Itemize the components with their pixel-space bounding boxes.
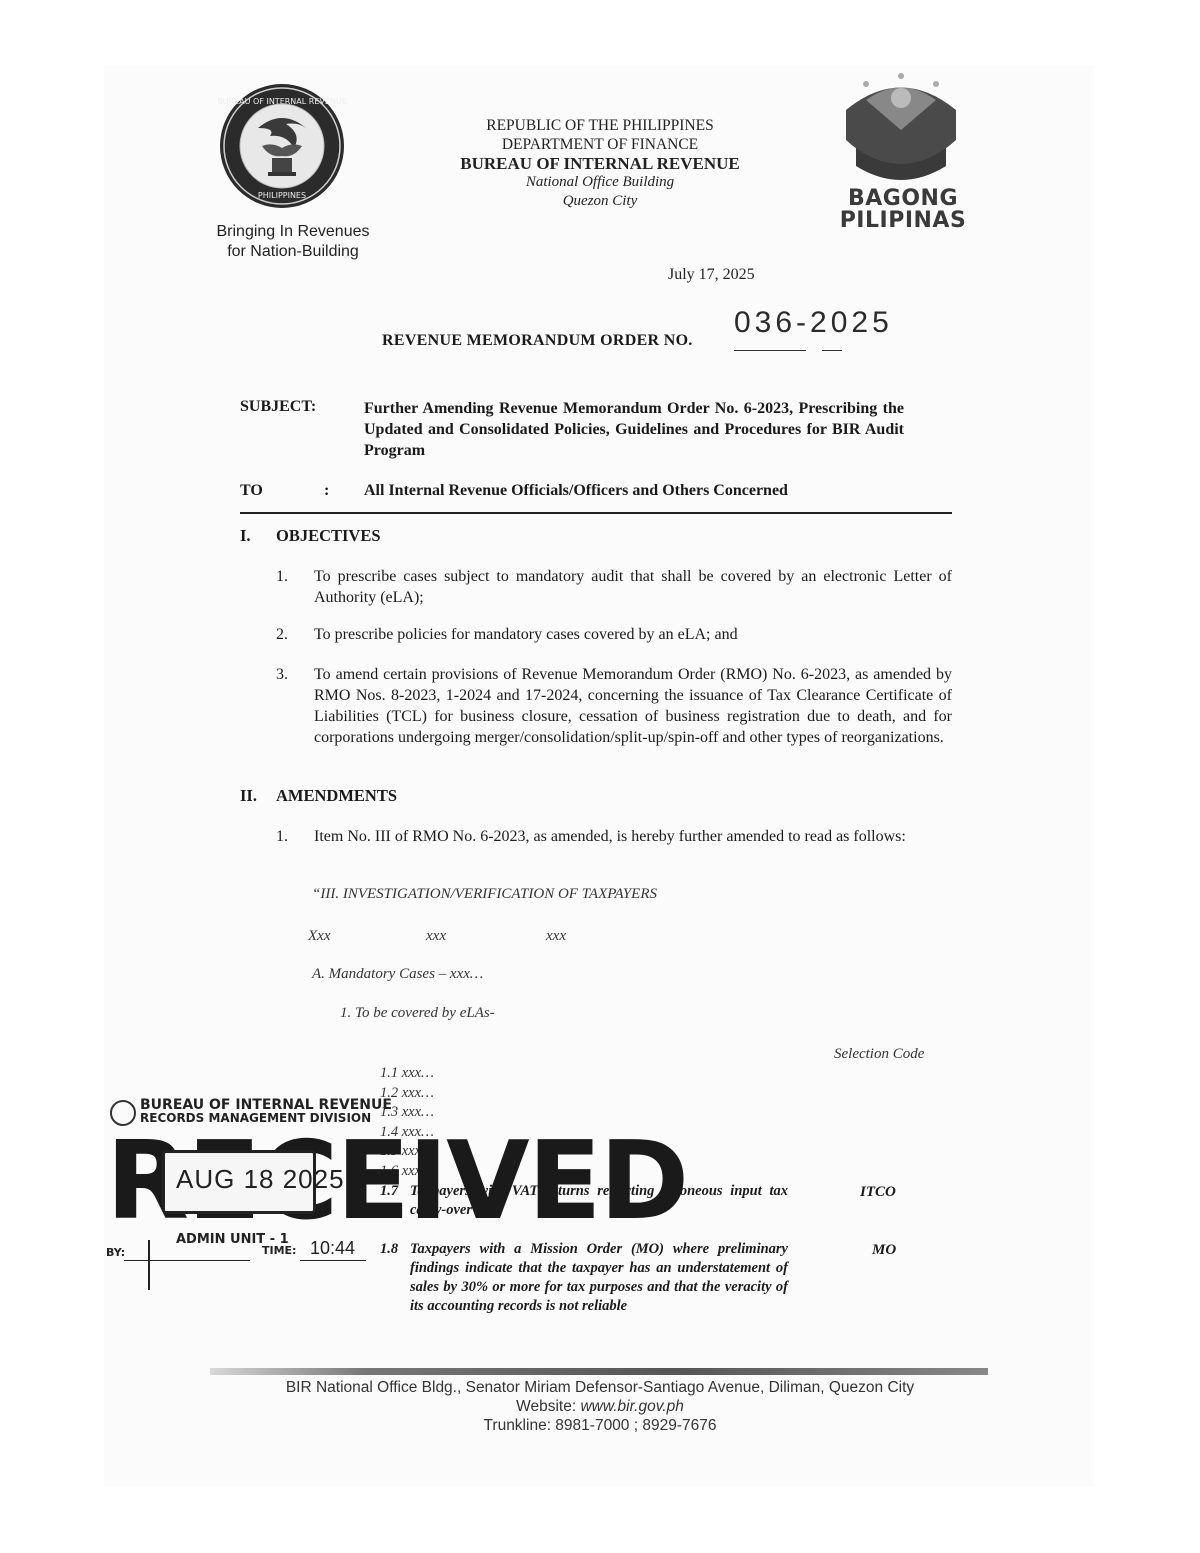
objective-number: 2. bbox=[276, 624, 288, 645]
item-1-8-code: MO bbox=[872, 1242, 896, 1259]
header-divider bbox=[240, 512, 952, 514]
footer-address: BIR National Office Bldg., Senator Miria… bbox=[180, 1378, 1020, 1397]
item-1-7-code: ITCO bbox=[860, 1184, 896, 1201]
to-text: All Internal Revenue Officials/Officers … bbox=[364, 482, 788, 500]
seal-text-bottom: PHILIPPINES bbox=[258, 191, 306, 200]
list-item: 1.1 xxx… bbox=[380, 1064, 434, 1084]
xxx-3: xxx bbox=[546, 928, 566, 945]
bir-seal-logo: BUREAU OF INTERNAL REVENUE PHILIPPINES bbox=[206, 82, 358, 210]
footer-trunkline: Trunkline: 8981-7000 ; 8929-7676 bbox=[180, 1416, 1020, 1435]
objective-item: 3. To amend certain provisions of Revenu… bbox=[276, 664, 952, 748]
amendment-item: 1. Item No. III of RMO No. 6-2023, as am… bbox=[276, 826, 952, 847]
pilipinas-word: PILIPINAS bbox=[818, 210, 988, 232]
building-line: National Office Building bbox=[400, 173, 800, 192]
to-label: TO bbox=[240, 482, 263, 500]
order-number: 036-2025 bbox=[734, 306, 893, 340]
department-line: DEPARTMENT OF FINANCE bbox=[400, 135, 800, 154]
objective-number: 1. bbox=[276, 566, 288, 587]
letterhead: REPUBLIC OF THE PHILIPPINES DEPARTMENT O… bbox=[400, 116, 800, 211]
section-number: II. bbox=[240, 786, 276, 806]
section-number: I. bbox=[240, 526, 276, 546]
xxx-2: xxx bbox=[426, 928, 446, 945]
objective-item: 1. To prescribe cases subject to mandato… bbox=[276, 566, 952, 608]
selection-code-header: Selection Code bbox=[834, 1046, 924, 1063]
bagong-pilipinas-text: BAGONG PILIPINAS bbox=[818, 188, 988, 232]
seal-text-top: BUREAU OF INTERNAL REVENUE bbox=[217, 97, 347, 106]
order-number-underline bbox=[734, 350, 806, 351]
section-amendments-heading: II.AMENDMENTS bbox=[240, 786, 397, 806]
footer-website-link[interactable]: www.bir.gov.ph bbox=[580, 1398, 683, 1415]
stamp-bureau: BUREAU OF INTERNAL REVENUE bbox=[110, 1098, 392, 1112]
tagline-line1: Bringing In Revenues bbox=[198, 222, 388, 242]
subject-label: SUBJECT: bbox=[240, 398, 316, 416]
sub-section-a: A. Mandatory Cases – xxx… bbox=[312, 966, 483, 983]
stamp-by-line bbox=[124, 1260, 250, 1261]
footer-website-label: Website: bbox=[516, 1398, 580, 1415]
footer-website: Website: www.bir.gov.ph bbox=[180, 1397, 1020, 1416]
stamp-date: AUG 18 2025 bbox=[176, 1164, 345, 1195]
footer-divider bbox=[210, 1368, 988, 1375]
amendment-text: Item No. III of RMO No. 6-2023, as amend… bbox=[314, 826, 952, 847]
objective-text: To amend certain provisions of Revenue M… bbox=[314, 664, 952, 748]
stamp-by-label: BY: bbox=[106, 1246, 125, 1259]
city-line: Quezon City bbox=[400, 192, 800, 211]
objective-number: 3. bbox=[276, 664, 288, 685]
objective-text: To prescribe policies for mandatory case… bbox=[314, 624, 952, 645]
bureau-line: BUREAU OF INTERNAL REVENUE bbox=[400, 154, 800, 173]
stamp-time-label: TIME: bbox=[262, 1244, 296, 1257]
amendment-number: 1. bbox=[276, 826, 288, 847]
tagline-line2: for Nation-Building bbox=[198, 242, 388, 262]
quoted-heading: “III. INVESTIGATION/VERIFICATION OF TAXP… bbox=[312, 886, 657, 903]
objective-item: 2. To prescribe policies for mandatory c… bbox=[276, 624, 952, 645]
xxx-1: Xxx bbox=[308, 928, 330, 945]
subject-text: Further Amending Revenue Memorandum Orde… bbox=[364, 398, 904, 461]
order-title: REVENUE MEMORANDUM ORDER NO. bbox=[382, 332, 693, 350]
stamp-time-line bbox=[300, 1260, 366, 1261]
item-1-8-text: Taxpayers with a Mission Order (MO) wher… bbox=[410, 1240, 788, 1316]
footer: BIR National Office Bldg., Senator Miria… bbox=[180, 1378, 1020, 1435]
bagong-word: BAGONG bbox=[818, 188, 988, 210]
stamp-signature-mark bbox=[148, 1240, 150, 1290]
sub-item-1: 1. To be covered by eLAs- bbox=[340, 1005, 495, 1022]
document-date: July 17, 2025 bbox=[668, 266, 755, 284]
stamp-time-value: 10:44 bbox=[310, 1238, 355, 1259]
section-objectives-heading: I.OBJECTIVES bbox=[240, 526, 381, 546]
section-title: OBJECTIVES bbox=[276, 526, 381, 545]
bir-tagline: Bringing In Revenues for Nation-Building bbox=[198, 222, 388, 262]
objective-text: To prescribe cases subject to mandatory … bbox=[314, 566, 952, 608]
section-title: AMENDMENTS bbox=[276, 786, 397, 805]
to-colon: : bbox=[324, 482, 329, 500]
republic-line: REPUBLIC OF THE PHILIPPINES bbox=[400, 116, 800, 135]
order-number-underline-2 bbox=[822, 350, 842, 351]
